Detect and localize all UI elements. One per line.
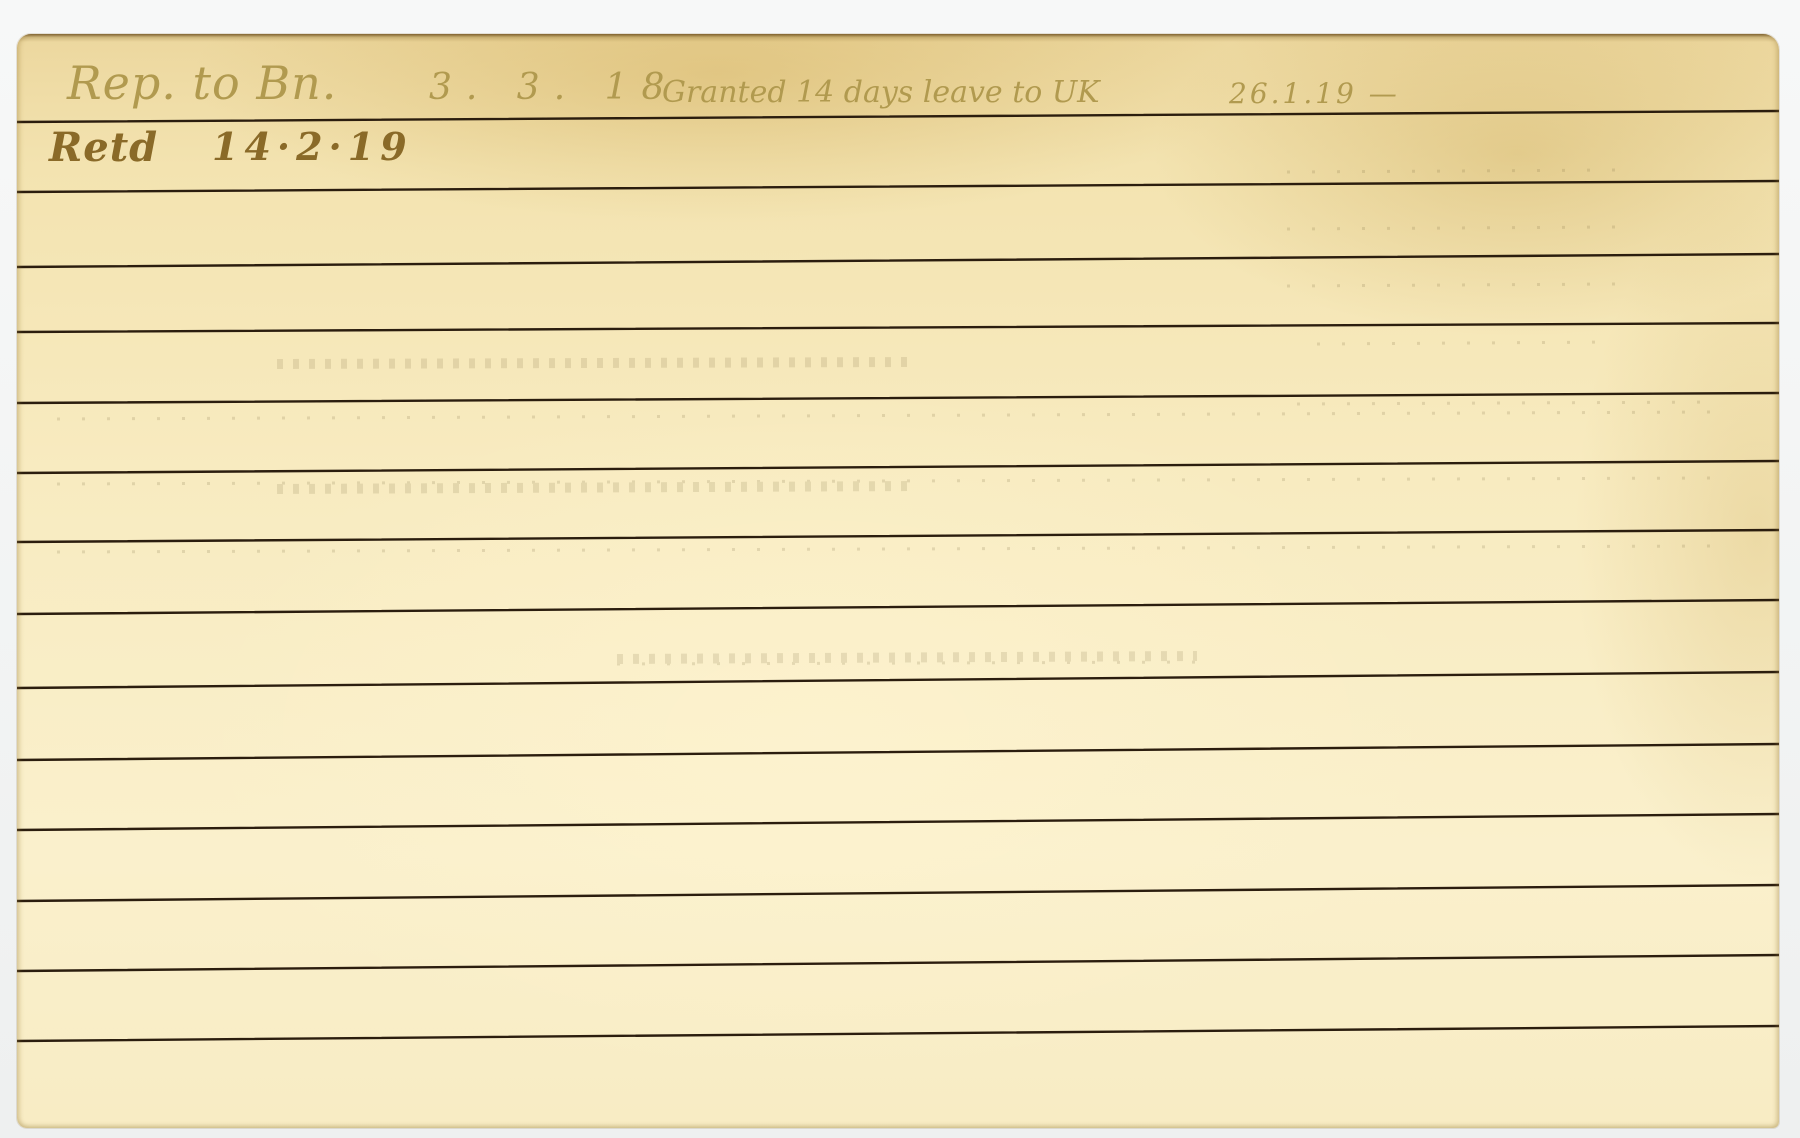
entry-returned: Retd [49, 128, 158, 168]
entry-leave-date: 26.1.19 — [1229, 80, 1400, 108]
index-card: Rep. to Bn. 3. 3. 18 Granted 14 days lea… [17, 34, 1779, 1128]
ruled-lines [17, 34, 1779, 1128]
entry-leave-granted: Granted 14 days leave to UK [662, 78, 1100, 108]
entry-returned-date: 14·2·19 [212, 128, 413, 166]
entry-reported-date: 3. 3. 18 [429, 70, 678, 106]
scan-background: Rep. to Bn. 3. 3. 18 Granted 14 days lea… [0, 0, 1800, 1138]
entry-reported-to-battalion: Rep. to Bn. [67, 60, 337, 106]
